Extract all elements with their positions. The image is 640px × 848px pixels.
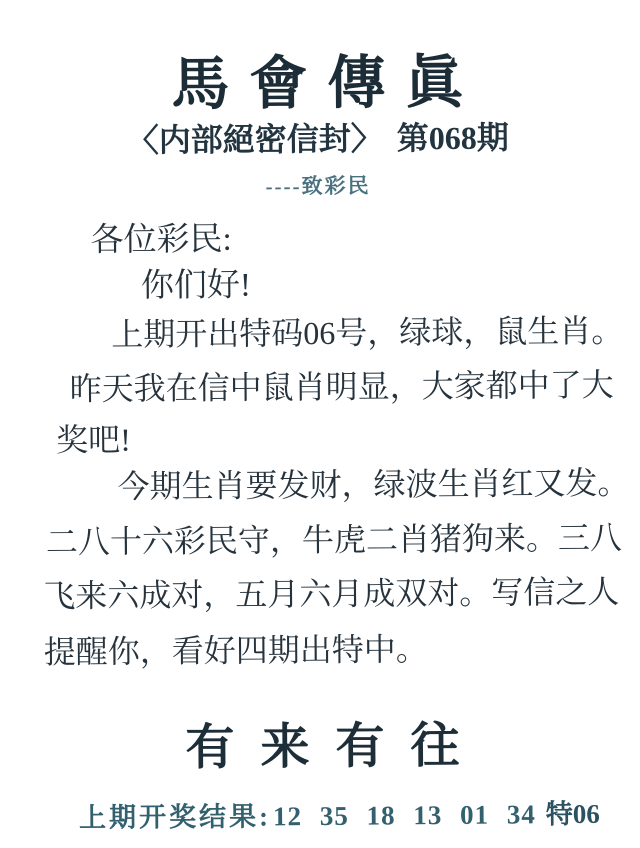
page-title: 馬會傳眞 [0,33,638,122]
results-label: 上期开奖结果: [79,801,271,833]
body-line: 飞来六成对，五月六月成双对。写信之人 [43,575,619,615]
body-line: 今期生肖要发财，绿波生肖红又发。 [117,466,629,505]
body-line: 奖吧! [56,422,131,458]
issue-number: 第068期 [397,120,509,157]
last-draw-results: 上期开奖结果:12 35 18 13 01 34特06 [79,792,600,835]
closing-slogan: 有来有往 [2,705,640,780]
greeting: 你们好! [141,268,251,305]
body-line: 提醒你，看好四期出特中。 [44,632,428,670]
scanned-sheet: 馬會傳眞 〈内部絕密信封〉第068期 ----致彩民 各位彩民: 你们好! 上期… [0,0,640,848]
salutation: 各位彩民: [90,222,231,259]
dedication-line: ----致彩民 [0,167,638,202]
envelope-label: 〈内部絕密信封〉 [127,120,383,158]
body-line: 上期开出特码06号，绿球，鼠生肖。 [111,314,623,353]
fax-page: 馬會傳眞 〈内部絕密信封〉第068期 ----致彩民 各位彩民: 你们好! 上期… [0,0,640,848]
body-line: 昨天我在信中鼠肖明显，大家都中了大 [70,368,614,407]
results-numbers: 12 35 18 13 01 34 [273,799,536,831]
special-number: 特06 [546,799,600,829]
subtitle-line: 〈内部絕密信封〉第068期 [0,111,638,162]
body-line: 二八十六彩民守，牛虎二肖猪狗来。三八 [46,521,622,561]
